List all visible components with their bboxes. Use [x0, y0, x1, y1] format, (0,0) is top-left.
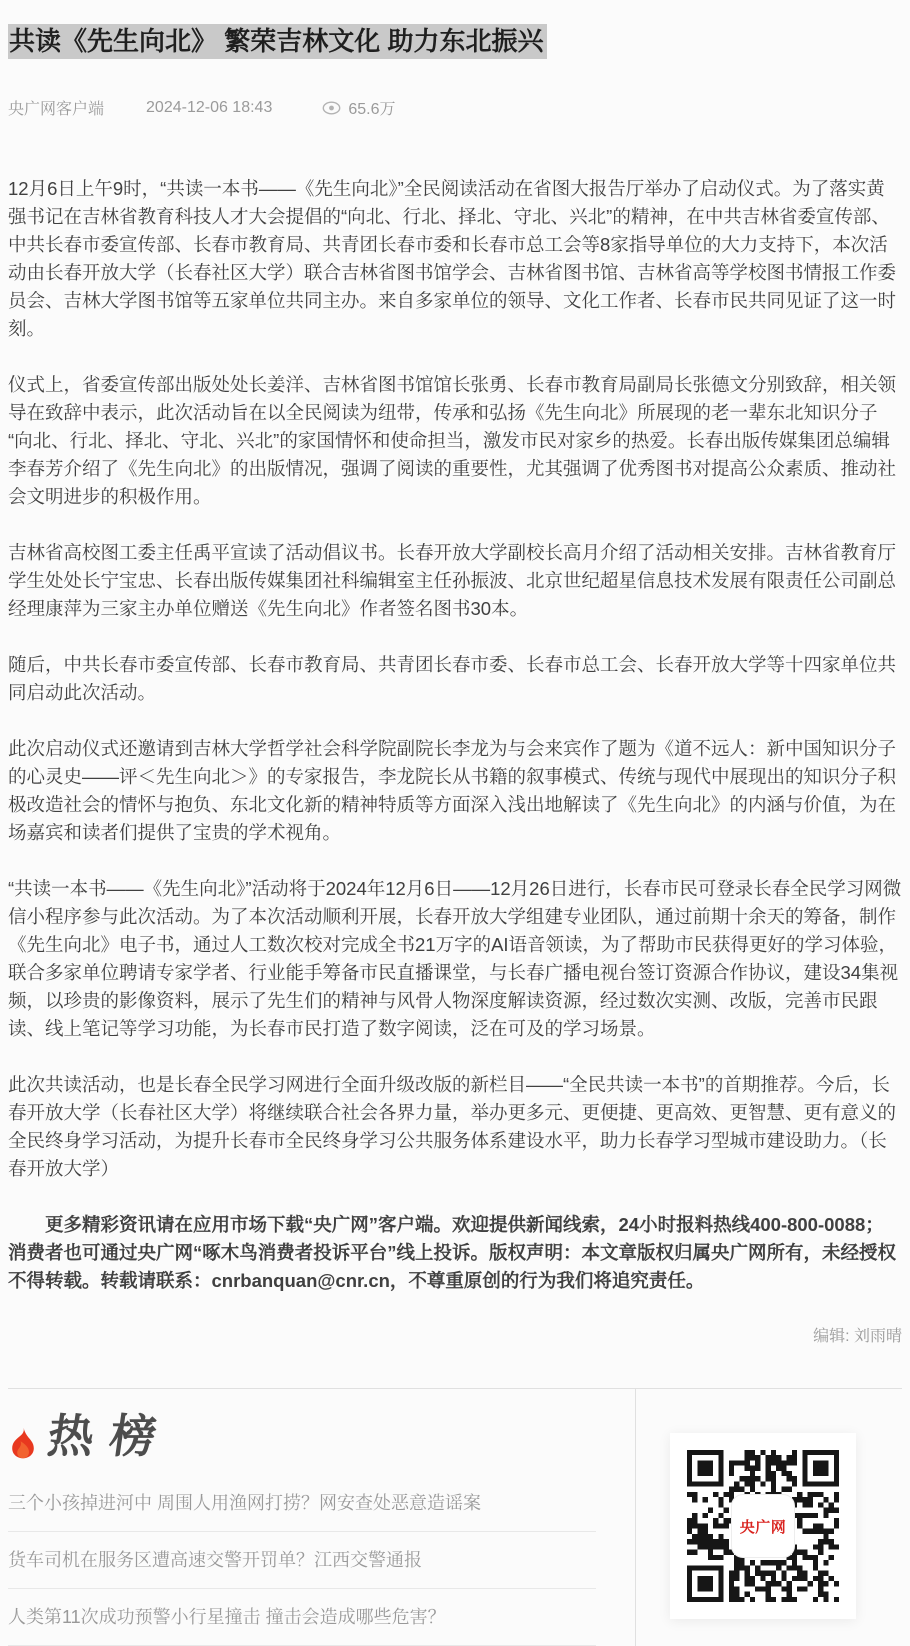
view-count-value: 65.6万: [348, 96, 395, 119]
hot-list-item[interactable]: 货车司机在服务区遭高速交警开罚单？江西交警通报: [8, 1532, 596, 1589]
hot-list-header: 热榜: [8, 1409, 635, 1463]
article-paragraph: 此次共读活动，也是长春全民学习网进行全面升级改版的新栏目——“全民共读一本书”的…: [8, 1071, 902, 1183]
news-article-page: 共读《先生向北》 繁荣吉林文化 助力东北振兴 央广网客户端 2024-12-06…: [0, 22, 910, 1646]
qr-center-logo: 央广网: [731, 1494, 795, 1558]
article-paragraph: 此次启动仪式还邀请到吉林大学哲学社会科学院副院长李龙为与会来宾作了题为《道不远人…: [8, 735, 902, 847]
page-title-highlight: 共读《先生向北》 繁荣吉林文化 助力东北振兴: [8, 24, 547, 59]
hot-list-title: 热榜: [44, 1409, 176, 1463]
article-paragraph: 仪式上，省委宣传部出版处处长姜洋、吉林省图书馆馆长张勇、长春市教育局副局长张德文…: [8, 371, 902, 511]
bottom-section: 热榜 三个小孩掉进河中 周围人用渔网打捞？网安查处恶意造谣案 货车司机在服务区遭…: [8, 1388, 902, 1646]
copyright-notice: 更多精彩资讯请在应用市场下载“央广网”客户端。欢迎提供新闻线索，24小时报料热线…: [8, 1211, 902, 1295]
qr-code: 央广网: [670, 1433, 856, 1619]
hot-list: 三个小孩掉进河中 周围人用渔网打捞？网安查处恶意造谣案 货车司机在服务区遭高速交…: [8, 1475, 596, 1646]
flame-icon: [10, 1427, 36, 1459]
article-paragraph: 吉林省高校图工委主任禹平宣读了活动倡议书。长春开放大学副校长高月介绍了活动相关安…: [8, 539, 902, 623]
editor-credit: 编辑: 刘雨晴: [8, 1323, 902, 1346]
qr-panel: 央广网: [635, 1389, 902, 1646]
page-title: 共读《先生向北》 繁荣吉林文化 助力东北振兴: [8, 22, 902, 60]
hot-list-panel: 热榜 三个小孩掉进河中 周围人用渔网打捞？网安查处恶意造谣案 货车司机在服务区遭…: [8, 1389, 635, 1646]
article-meta: 央广网客户端 2024-12-06 18:43 65.6万: [8, 96, 902, 119]
hot-list-item[interactable]: 三个小孩掉进河中 周围人用渔网打捞？网安查处恶意造谣案: [8, 1475, 596, 1532]
article-body: 12月6日上午9时，“共读一本书——《先生向北》”全民阅读活动在省图大报告厅举办…: [8, 175, 902, 1295]
eye-icon: [322, 101, 341, 115]
article-datetime: 2024-12-06 18:43: [146, 99, 272, 117]
article-paragraph: 12月6日上午9时，“共读一本书——《先生向北》”全民阅读活动在省图大报告厅举办…: [8, 175, 902, 343]
article-paragraph: 随后，中共长春市委宣传部、长春市教育局、共青团长春市委、长春市总工会、长春开放大…: [8, 651, 902, 707]
article-source: 央广网客户端: [8, 96, 104, 119]
qr-logo-text: 央广网: [740, 1516, 787, 1537]
view-count: 65.6万: [322, 96, 395, 119]
hot-list-item[interactable]: 人类第11次成功预警小行星撞击 撞击会造成哪些危害？: [8, 1589, 596, 1646]
article-paragraph: “共读一本书——《先生向北》”活动将于2024年12月6日——12月26日进行，…: [8, 875, 902, 1043]
